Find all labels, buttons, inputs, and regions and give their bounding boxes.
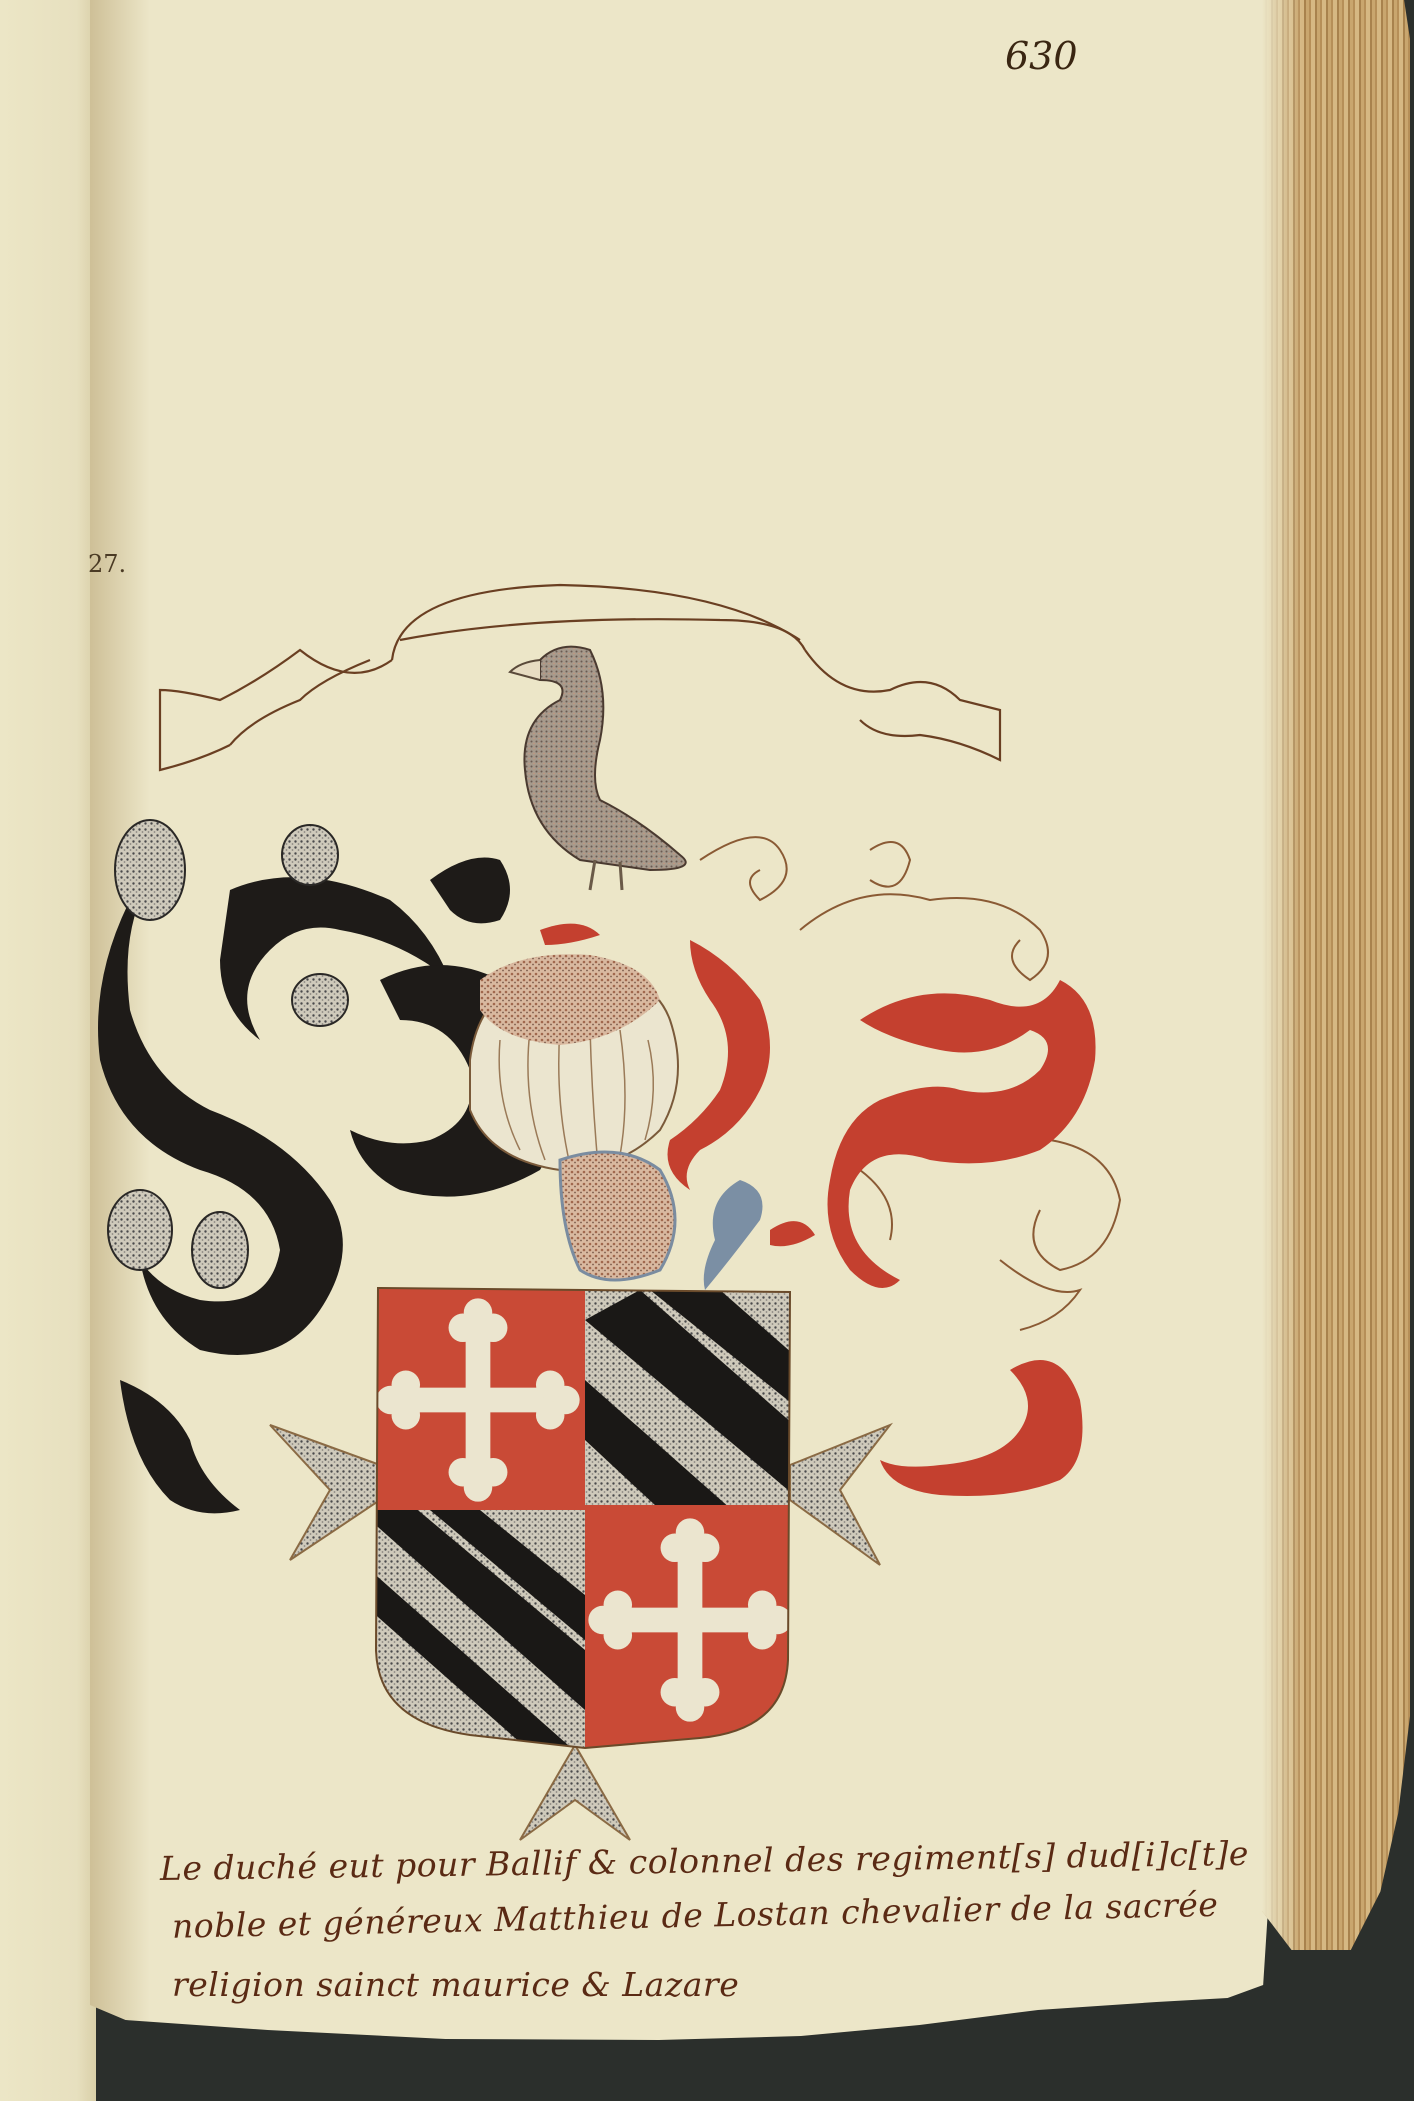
caption-line-3: religion sainct maurice & Lazare [160, 1956, 1120, 2014]
coat-of-arms-illustration [0, 0, 1414, 2101]
barred-helm [470, 954, 678, 1280]
quartered-shield [370, 1280, 800, 1765]
blue-lambrequin [704, 1180, 763, 1290]
goose-crest [510, 647, 686, 890]
caption-text: Le duché eut pour Ballif & colonnel des … [160, 1840, 1120, 2014]
